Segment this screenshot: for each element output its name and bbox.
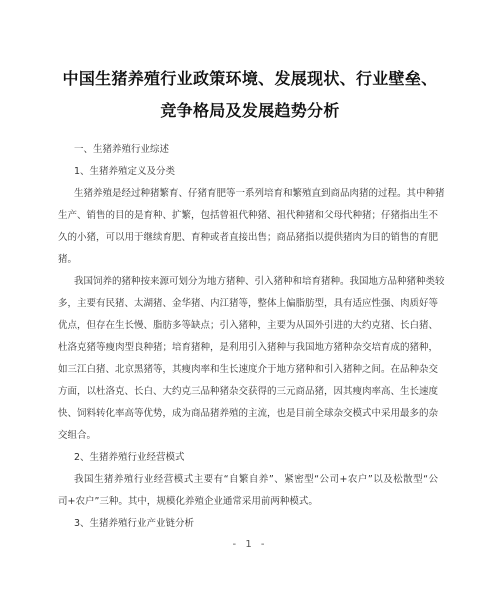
paragraph-line: 生猪养殖是经过种猪繁育、仔猪育肥等一系列培育和繁殖直到商品肉猪的过程。其中种猪	[58, 183, 438, 205]
paragraph-line: 杜洛克猪等瘦肉型良种猪；培育猪种，是利用引入猪种与我国地方猪种杂交培育成的猪种，	[58, 337, 438, 359]
heading-line-1: 一、生猪养殖行业综述	[58, 139, 438, 161]
paragraph-line: 如三江白猪、北京黑猪等，其瘦肉率和生长速度介于地方猪种和引入猪种之间。在品种杂交	[58, 359, 438, 381]
title-line-1: 中国生猪养殖行业政策环境、发展现状、行业壁垒、	[0, 63, 500, 95]
paragraph-line: 交组合。	[58, 425, 438, 447]
paragraph-line: 优点，但存在生长慢、脂肪多等缺点；引入猪种，主要为从国外引进的大约克猪、长白猪、	[58, 315, 438, 337]
title-line-2: 竞争格局及发展趋势分析	[0, 95, 500, 127]
paragraph-line: 我国生猪养殖行业经营模式主要有“自繁自养”、紧密型“公司+农户”以及松散型“公	[58, 469, 438, 491]
page-number: - 1 -	[233, 539, 268, 550]
paragraph-line: 久的小猪，可以用于继续育肥、育种或者直接出售；商品猪指以提供猪肉为目的销售的育肥	[58, 227, 438, 249]
heading-line-5: 2、生猪养殖行业经营模式	[58, 447, 438, 469]
page-footer: - 1 -	[0, 531, 500, 553]
document-page: 中国生猪养殖行业政策环境、发展现状、行业壁垒、 竞争格局及发展趋势分析 一、生猪…	[0, 0, 500, 594]
paragraph-line: 生产、销售的目的是育种、扩繁，包括曾祖代种猪、祖代种猪和父母代种猪；仔猪指出生不	[58, 205, 438, 227]
paragraph-line: 我国饲养的猪种按来源可划分为地方猪种、引入猪种和培育猪种。我国地方品种猪种类较	[58, 271, 438, 293]
paragraph-line: 快、饲料转化率高等优势，成为商品猪养殖的主流，也是目前全球杂交模式中采用最多的杂	[58, 403, 438, 425]
document-body: 一、生猪养殖行业综述1、生猪养殖定义及分类生猪养殖是经过种猪繁育、仔猪育肥等一系…	[58, 139, 438, 535]
paragraph-line: 猪。	[58, 249, 438, 271]
paragraph-line: 方面，以杜洛克、长白、大约克三品种猪杂交获得的三元商品猪，因其瘦肉率高、生长速度	[58, 381, 438, 403]
heading-line-2: 1、生猪养殖定义及分类	[58, 161, 438, 183]
document-title: 中国生猪养殖行业政策环境、发展现状、行业壁垒、 竞争格局及发展趋势分析	[0, 63, 500, 127]
paragraph-line: 司+农户”三种。其中，规模化养殖企业通常采用前两种模式。	[58, 491, 438, 513]
paragraph-line: 多，主要有民猪、太湖猪、金华猪、内江猪等，整体上偏脂肪型，具有适应性强、肉质好等	[58, 293, 438, 315]
